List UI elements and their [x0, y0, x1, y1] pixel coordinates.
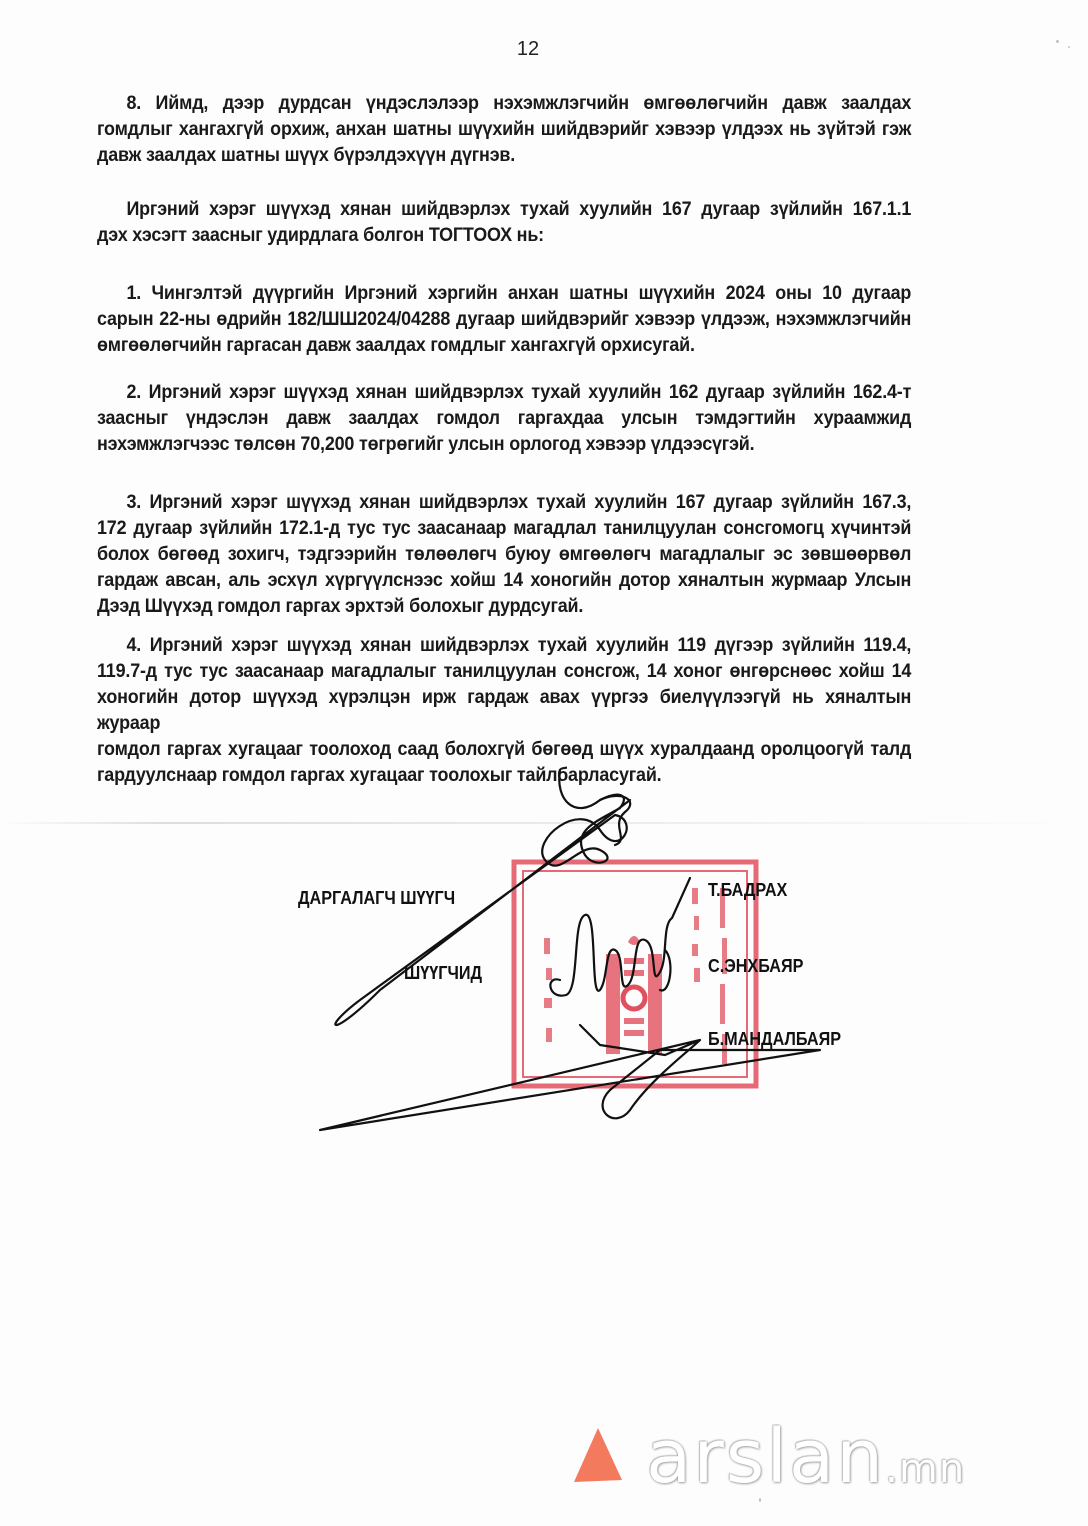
logo-tld: .mn: [885, 1446, 965, 1492]
resolution-item-2: 2. Иргэний хэрэг шүүхэд хянан шийдвэрлэх…: [97, 379, 911, 457]
resolution-item-3: 3. Иргэний хэрэг шүүхэд хянан шийдвэрлэх…: [97, 489, 911, 619]
text-line: 3. Иргэний хэрэг шүүхэд хянан шийдвэрлэх…: [97, 489, 911, 515]
text-line: хоногийн дотор шүүхэд хүрэлцэн ирж гарда…: [97, 684, 911, 736]
text-line: болох бөгөөд зохигч, тэдгээрийн төлөөлөг…: [97, 541, 911, 567]
logo-text: arslan: [646, 1414, 885, 1500]
judge-name-2: С.ЭНХБАЯР: [708, 956, 803, 977]
text-line: заасныг үндэслэн давж заалдах гомдол гар…: [97, 405, 911, 431]
judges-label: ШҮҮГЧИД: [404, 963, 482, 984]
text-line: 172 дугаар зүйлийн 172.1-д тус тус зааса…: [97, 515, 911, 541]
logo-wordmark: arslan.mn: [646, 1414, 965, 1500]
text-line: өмгөөлөгчийн гаргасан давж заалдах гомдл…: [97, 332, 911, 358]
judge-name-1: Т.БАДРАХ: [708, 880, 787, 901]
paragraph-8: 8. Иймд, дээр дурдсан үндэслэлээр нэхэмж…: [97, 90, 911, 168]
text-line: гомдол гаргах хугацааг тоолоход саад бол…: [97, 736, 911, 762]
text-line: Иргэний хэрэг шүүхэд хянан шийдвэрлэх ту…: [97, 196, 911, 222]
logo-triangle-icon: [572, 1426, 624, 1484]
text-line: дэх хэсэгт заасныг удирдлага болгон ТОГТ…: [97, 222, 911, 248]
text-line: 1. Чингэлтэй дүүргийн Иргэний хэргийн ан…: [97, 280, 911, 306]
text-line: гомдлыг хангахгүй орхиж, анхан шатны шүү…: [97, 116, 911, 142]
document-page: 12 8. Иймд, дээр дурдсан үндэслэлээр нэх…: [0, 0, 1088, 1526]
text-line: давж заалдах шатны шүүх бүрэлдэхүүн дүгн…: [97, 142, 911, 168]
scan-speck: [1068, 46, 1070, 48]
arslan-watermark-logo: arslan.mn: [566, 1420, 1056, 1500]
text-line: гардуулснаар гомдол гаргах хугацааг тоол…: [97, 762, 911, 788]
text-line: 4. Иргэний хэрэг шүүхэд хянан шийдвэрлэх…: [97, 632, 911, 658]
scan-fold-line: [0, 822, 1088, 824]
text-line: 2. Иргэний хэрэг шүүхэд хянан шийдвэрлэх…: [97, 379, 911, 405]
page-number: 12: [0, 38, 1056, 61]
text-line: нэхэмжлэгчээс төлсөн 70,200 төгрөгийг ул…: [97, 431, 911, 457]
text-line: гардаж авсан, аль эсхүл хүргүүлснээс хой…: [97, 567, 911, 593]
text-line: 8. Иймд, дээр дурдсан үндэслэлээр нэхэмж…: [97, 90, 911, 116]
presiding-judge-label: ДАРГАЛАГЧ ШҮҮГЧ: [298, 888, 455, 909]
judge-name-3: Б.МАНДАЛБАЯР: [708, 1029, 841, 1050]
text-line: 119.7-д тус тус заасанаар магадлалыг тан…: [97, 658, 911, 684]
resolution-preamble: Иргэний хэрэг шүүхэд хянан шийдвэрлэх ту…: [97, 196, 911, 248]
scan-speck: [1056, 40, 1059, 43]
text-line: сарын 22-ны өдрийн 182/ШШ2024/04288 дуга…: [97, 306, 911, 332]
text-line: Дээд Шүүхэд гомдол гаргах эрхтэй болохыг…: [97, 593, 911, 619]
resolution-item-1: 1. Чингэлтэй дүүргийн Иргэний хэргийн ан…: [97, 280, 911, 358]
resolution-item-4: 4. Иргэний хэрэг шүүхэд хянан шийдвэрлэх…: [97, 632, 911, 788]
